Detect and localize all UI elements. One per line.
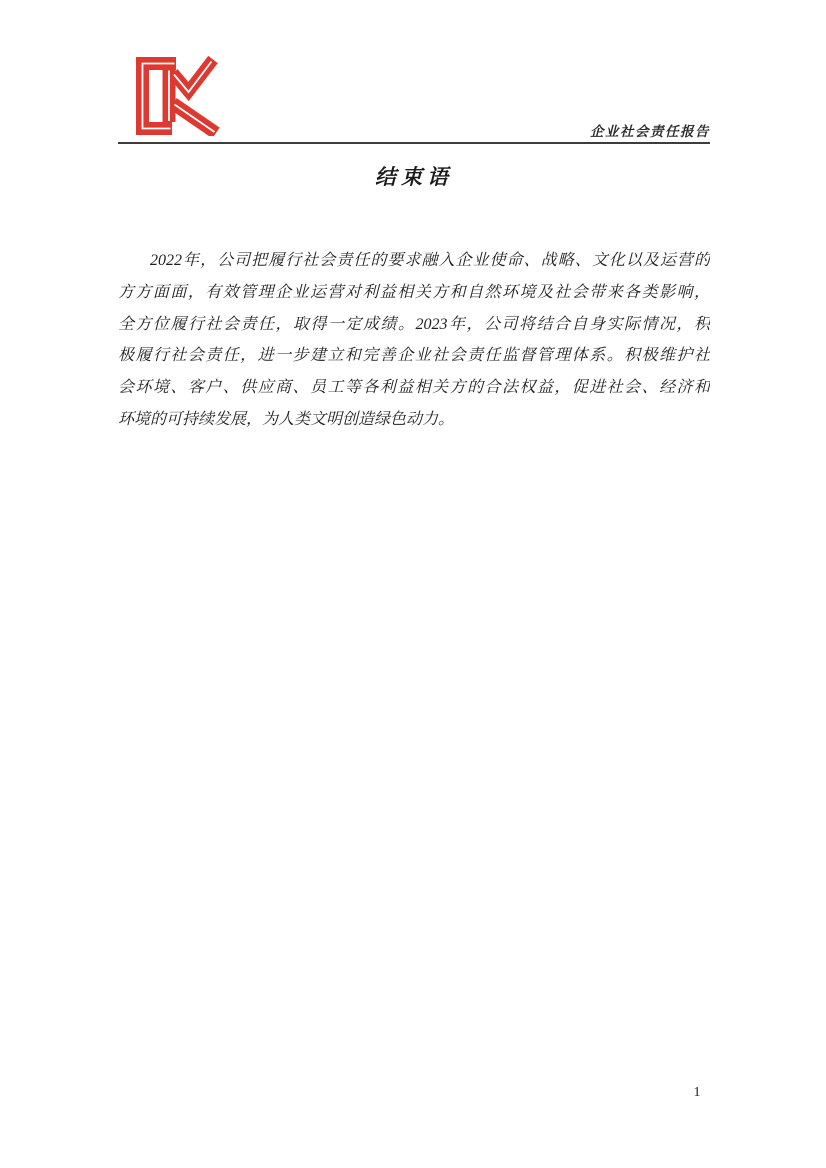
document-page: 企业社会责任报告 结束语 2022年，公司把履行社会责任的要求融入企业使命、战略… [0, 0, 826, 1168]
paragraph-line: 方方面面，有效管理企业运营对利益相关方和自然环境及社会带来各类影响， [118, 277, 710, 309]
paragraph-line: 全方位履行社会责任，取得一定成绩。2023年，公司将结合自身实际情况，积 [118, 309, 710, 341]
conclusion-paragraph: 2022年，公司把履行社会责任的要求融入企业使命、战略、文化以及运营的 方方面面… [118, 245, 710, 436]
paragraph-line: 会环境、客户、供应商、员工等各利益相关方的合法权益，促进社会、经济和 [118, 372, 710, 404]
paragraph-line: 极履行社会责任，进一步建立和完善企业社会责任监督管理体系。积极维护社 [118, 340, 710, 372]
header-divider [118, 142, 710, 144]
k-logo-icon [129, 56, 225, 136]
page-number: 1 [686, 1085, 708, 1101]
paragraph-line: 环境的可持续发展，为人类文明创造绿色动力。 [118, 404, 710, 436]
paragraph-line: 2022年，公司把履行社会责任的要求融入企业使命、战略、文化以及运营的 [118, 245, 710, 277]
report-header-label: 企业社会责任报告 [590, 120, 710, 140]
company-logo [129, 56, 225, 136]
section-title: 结束语 [118, 161, 710, 191]
